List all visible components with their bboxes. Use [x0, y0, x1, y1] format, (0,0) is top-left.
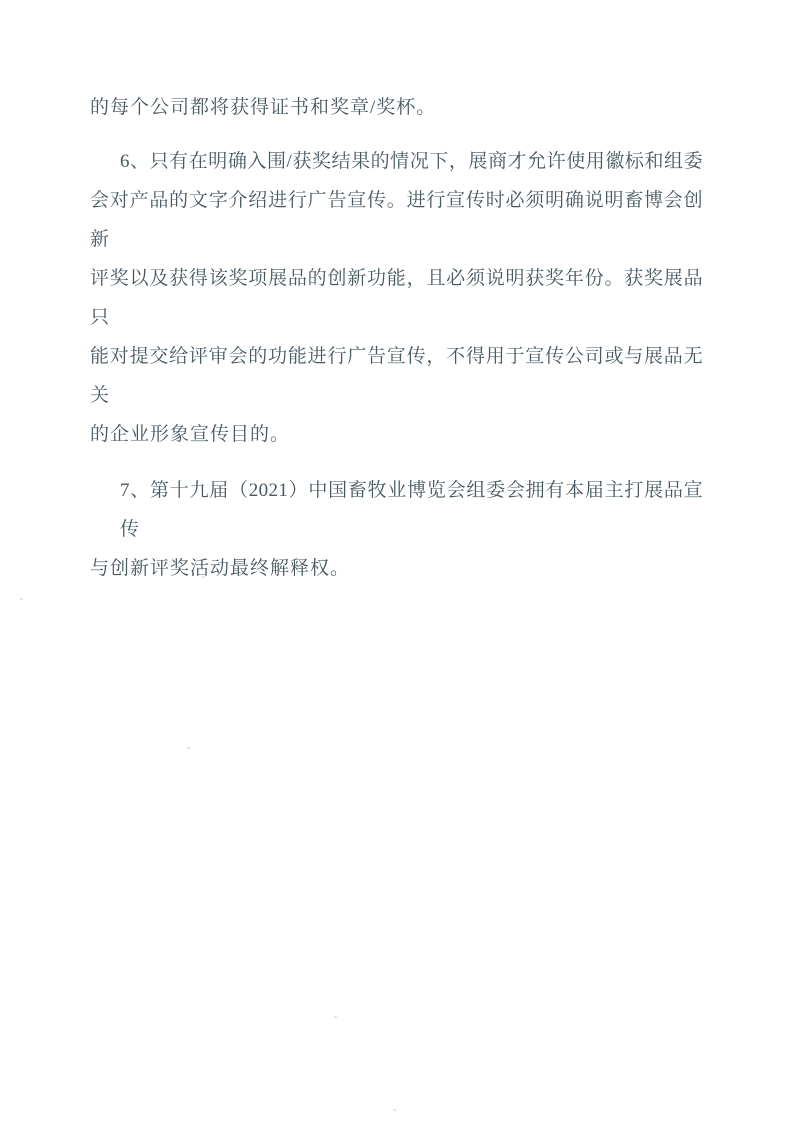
document-text-block: 的每个公司都将获得证书和奖章/奖杯。 6、只有在明确入围/获奖结果的情况下，展商… [90, 88, 703, 588]
scan-speck [393, 1109, 396, 1111]
text-line: 的每个公司都将获得证书和奖章/奖杯。 [90, 88, 703, 127]
text-line: 与创新评奖活动最终解释权。 [90, 549, 703, 588]
text-line: 7、第十九届（2021）中国畜牧业博览会组委会拥有本届主打展品宣传 [90, 471, 703, 549]
document-page: 的每个公司都将获得证书和奖章/奖杯。 6、只有在明确入围/获奖结果的情况下，展商… [0, 0, 794, 1123]
paragraph-continuation: 的每个公司都将获得证书和奖章/奖杯。 [90, 88, 703, 127]
text-line: 会对产品的文字介绍进行广告宣传。进行宣传时必须明确说明畜博会创新 [90, 181, 703, 259]
text-line: 评奖以及获得该奖项展品的创新功能，且必须说明获奖年份。获奖展品只 [90, 259, 703, 337]
paragraph-item-7: 7、第十九届（2021）中国畜牧业博览会组委会拥有本届主打展品宣传 与创新评奖活… [90, 471, 703, 588]
paragraph-item-6: 6、只有在明确入围/获奖结果的情况下，展商才允许使用徽标和组委 会对产品的文字介… [90, 142, 703, 454]
text-line: 6、只有在明确入围/获奖结果的情况下，展商才允许使用徽标和组委 [90, 142, 703, 181]
text-line: 的企业形象宣传目的。 [90, 415, 703, 454]
scan-speck [187, 747, 190, 749]
scan-speck [20, 598, 23, 600]
text-line: 能对提交给评审会的功能进行广告宣传，不得用于宣传公司或与展品无关 [90, 337, 703, 415]
scan-speck [202, 576, 205, 578]
scan-speck [334, 1016, 337, 1018]
